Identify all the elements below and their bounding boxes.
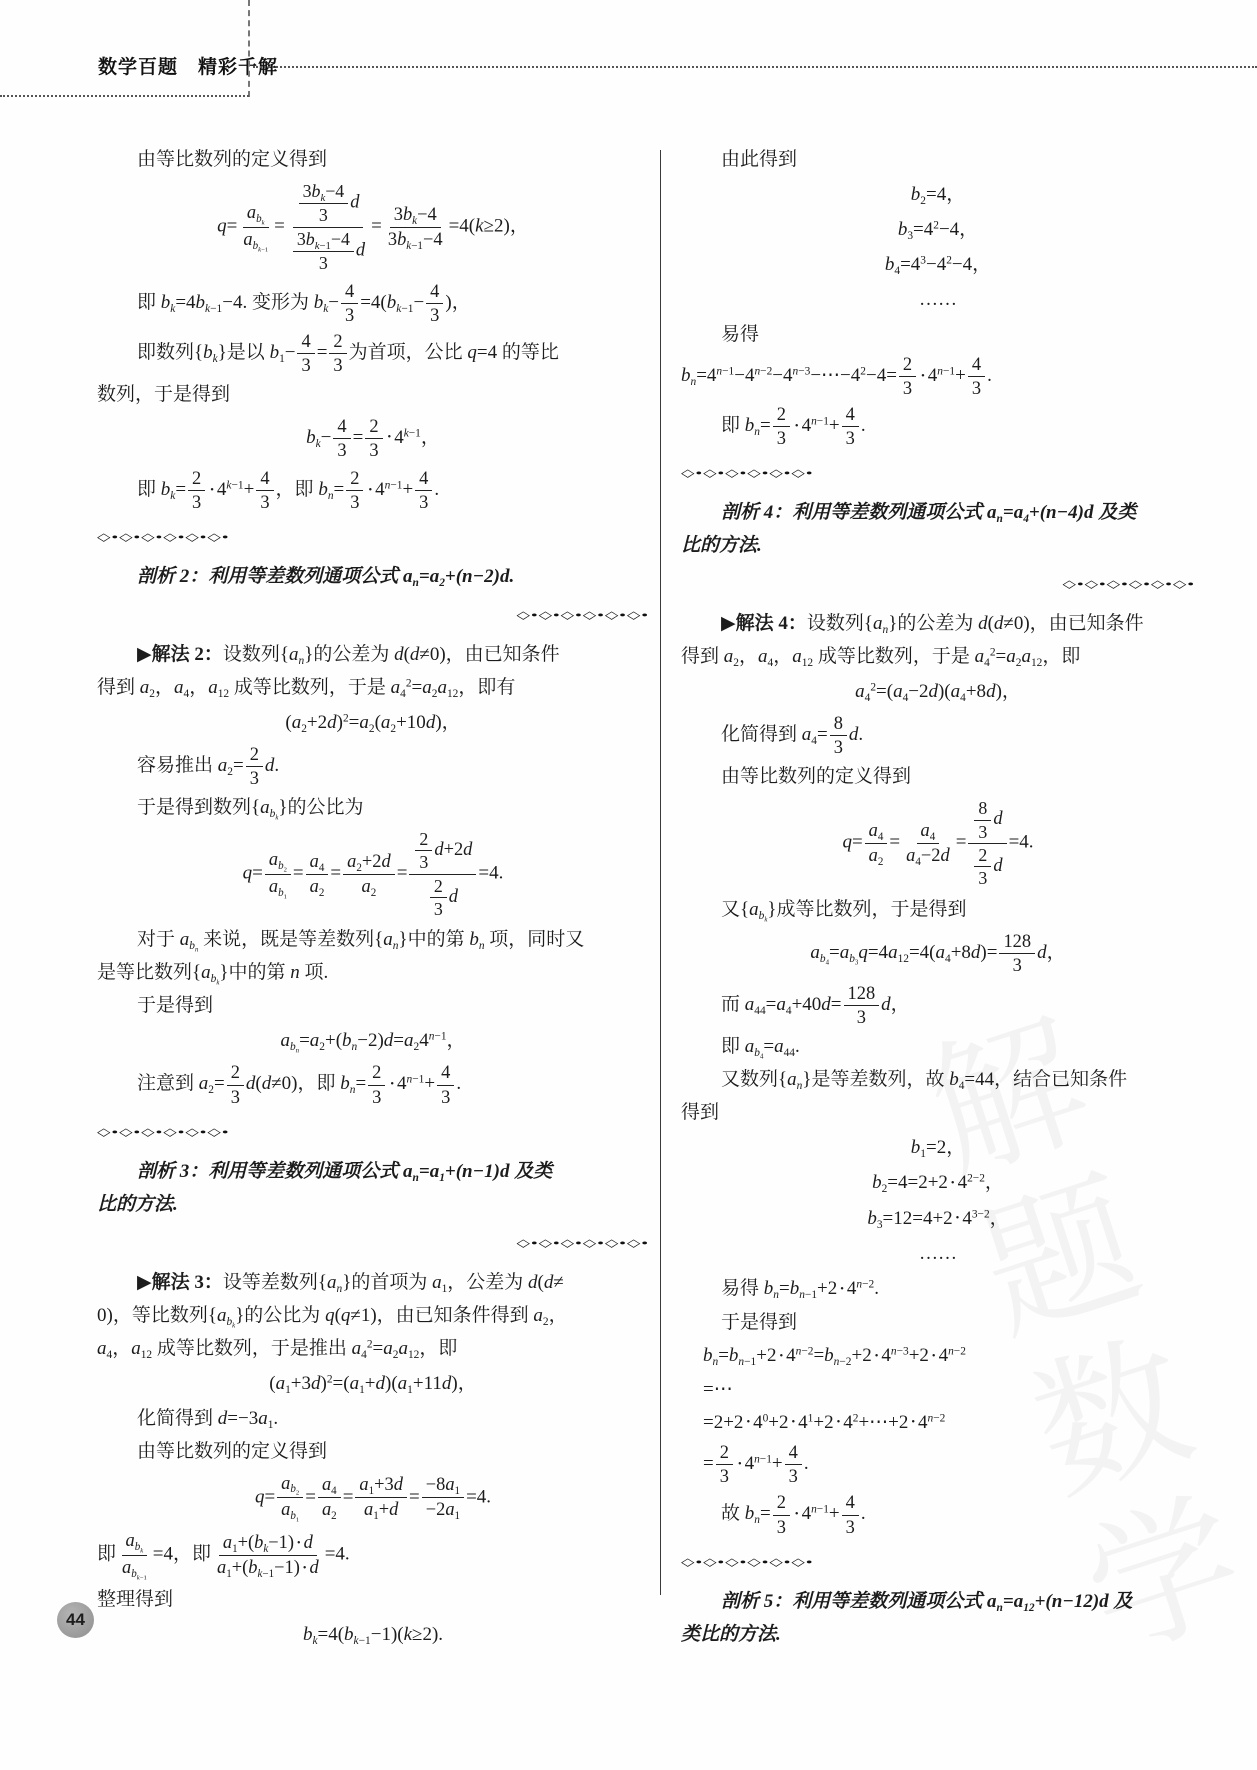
diamond-dot-pattern: ◇•◇•◇•◇•◇•◇•: [516, 604, 649, 627]
math-display-line: q=a4a2=a4a4−2d=83d23d=4.: [681, 797, 1195, 889]
header-dotted-rule-left: [0, 95, 249, 97]
text-line: =⋯: [681, 1375, 1195, 1405]
text-line: 而 a44=a4+40d=1283d，: [681, 982, 1195, 1029]
text-line: 得到: [681, 1098, 1195, 1128]
page-header-title: 数学百题 精彩千解: [98, 52, 278, 79]
analysis-line: 比的方法.: [97, 1190, 649, 1220]
math-display-line: ……: [681, 1239, 1195, 1269]
text-line: 即 bk=4bk−1−4. 变形为 bk−43=4(bk−1−43)，: [97, 280, 649, 327]
text-line: 对于 abn 来说，既是等差数列{an}中的第 bn 项，同时又: [97, 925, 649, 955]
separator-ornament: ◇•◇•◇•◇•◇•◇•: [97, 523, 649, 553]
separator-ornament: ◇•◇•◇•◇•◇•◇•: [681, 459, 1195, 489]
text-line: 是等比数列{abk}中的第 n 项.: [97, 958, 649, 988]
column-divider-rule: [660, 150, 661, 1595]
text-line: 即 bk=23•4k−1+43，即 bn=23•4n−1+43.: [97, 467, 649, 514]
diamond-dot-pattern: ◇•◇•◇•◇•◇•◇•: [681, 462, 814, 485]
text-line: 整理得到: [97, 1585, 649, 1615]
text-line: =2+2•40+2•41+2•42+⋯+2•4n−2: [681, 1408, 1195, 1439]
text-line: 化简得到 d=−3a1.: [97, 1404, 649, 1434]
text-line: ▶解法 2：设数列{an}的公差为 d(d≠0)，由已知条件: [97, 640, 649, 670]
analysis-line: 剖析 3：利用等差数列通项公式 an=a1+(n−1)d 及类: [97, 1157, 649, 1187]
text-line: ▶解法 3：设等差数列{an}的首项为 a1，公差为 d(d≠: [97, 1268, 649, 1298]
analysis-line: 比的方法.: [681, 531, 1195, 561]
math-display-line: abn=a2+(bn−2)d=a24n−1，: [97, 1026, 649, 1056]
analysis-line: 剖析 4：利用等差数列通项公式 an=a4+(n−4)d 及类: [681, 498, 1195, 528]
text-line: ▶解法 4：设数列{an}的公差为 d(d≠0)，由已知条件: [681, 609, 1195, 639]
math-display-line: ab4=ab3q=4a12=4(a4+8d)=1283d，: [681, 930, 1195, 977]
separator-ornament: ◇•◇•◇•◇•◇•◇•: [97, 1229, 649, 1259]
math-display-line: b3=42−4，: [681, 215, 1195, 245]
text-line: 由等比数列的定义得到: [681, 762, 1195, 792]
math-display-line: q=ab2ab1=a4a2=a1+3da1+d=−8a1−2a1=4.: [97, 1472, 649, 1525]
diamond-dot-pattern: ◇•◇•◇•◇•◇•◇•: [516, 1232, 649, 1255]
text-line: 0)，等比数列{abk}的公比为 q(q≠1)，由已知条件得到 a2，: [97, 1301, 649, 1331]
analysis-line: 剖析 2：利用等差数列通项公式 an=a2+(n−2)d.: [97, 562, 649, 592]
text-line: 由此得到: [681, 145, 1195, 175]
text-line: 故 bn=23•4n−1+43.: [681, 1491, 1195, 1538]
text-line: 易得: [681, 320, 1195, 350]
text-line: =23•4n−1+43.: [681, 1441, 1195, 1488]
math-display-line: b4=43−42−4，: [681, 250, 1195, 280]
text-line: 由等比数列的定义得到: [97, 1437, 649, 1467]
separator-ornament: ◇•◇•◇•◇•◇•◇•: [97, 1118, 649, 1148]
text-line: 易得 bn=bn−1+2•4n−2.: [681, 1274, 1195, 1305]
text-line: 注意到 a2=23d(d≠0)，即 bn=23•4n−1+43.: [97, 1061, 649, 1108]
math-display-line: q=ab2ab1=a4a2=a2+2da2=23d+2d23d=4.: [97, 828, 649, 920]
page-number-badge: 44: [57, 1602, 94, 1638]
left-column: 由等比数列的定义得到q=abkabk−1=3bk−43d3bk−1−43d=3b…: [97, 142, 649, 1655]
math-display-line: a42=(a4−2d)(a4+8d)，: [681, 677, 1195, 707]
text-line: 即 ab4=a44.: [681, 1032, 1195, 1062]
text-line: 又{abk}成等比数列，于是得到: [681, 895, 1195, 925]
text-line: 即 bn=23•4n−1+43.: [681, 403, 1195, 450]
text-line: 化简得到 a4=83d.: [681, 712, 1195, 759]
text-line: 数列，于是得到: [97, 380, 649, 410]
text-line: a4，a12 成等比数列，于是推出 a42=a2a12，即: [97, 1334, 649, 1364]
text-line: 又数列{an}是等差数列，故 b4=44，结合已知条件: [681, 1065, 1195, 1095]
text-line: 即数列{bk}是以 b1−43=23为首项，公比 q=4 的等比: [97, 330, 649, 377]
math-display-line: bk−43=23•4k−1，: [97, 415, 649, 462]
text-line: 于是得到: [681, 1308, 1195, 1338]
diamond-dot-pattern: ◇•◇•◇•◇•◇•◇•: [97, 1121, 230, 1144]
right-column: 由此得到b2=4，b3=42−4，b4=43−42−4，……易得bn=4n−1−…: [681, 142, 1195, 1653]
math-display-line: bk=4(bk−1−1)(k≥2).: [97, 1620, 649, 1650]
math-display-line: b2=4，: [681, 180, 1195, 210]
math-display-line: (a1+3d)2=(a1+d)(a1+11d)，: [97, 1369, 649, 1399]
header-dotted-rule-right: [253, 66, 1257, 68]
text-line: 由等比数列的定义得到: [97, 145, 649, 175]
text-line: 容易推出 a2=23d.: [97, 743, 649, 790]
math-display-line: ……: [681, 285, 1195, 315]
math-display-line: q=abkabk−1=3bk−43d3bk−1−43d=3bk−43bk−1−4…: [97, 180, 649, 275]
math-display-line: (a2+2d)2=a2(a2+10d)，: [97, 708, 649, 738]
diamond-dot-pattern: ◇•◇•◇•◇•◇•◇•: [97, 526, 230, 549]
separator-ornament: ◇•◇•◇•◇•◇•◇•: [97, 601, 649, 631]
separator-ornament: ◇•◇•◇•◇•◇•◇•: [681, 1548, 1195, 1578]
analysis-line: 剖析 5：利用等差数列通项公式 an=a12+(n−12)d 及: [681, 1587, 1195, 1617]
math-display-line: b3=12=4+2•43−2，: [681, 1204, 1195, 1235]
diamond-dot-pattern: ◇•◇•◇•◇•◇•◇•: [1062, 573, 1195, 596]
separator-ornament: ◇•◇•◇•◇•◇•◇•: [681, 570, 1195, 600]
text-line: 于是得到数列{abk}的公比为: [97, 793, 649, 823]
header-dashed-vertical-rule: [248, 0, 250, 97]
text-line: 得到 a2，a4，a12 成等比数列，于是 a42=a2a12，即有: [97, 673, 649, 703]
text-line: bn=4n−1−4n−2−4n−3−⋯−42−4=23•4n−1+43.: [681, 353, 1195, 400]
text-line: 即abkabk−1=4，即a1+(bk−1)•da1+(bk−1−1)•d=4.: [97, 1529, 649, 1582]
text-line: bn=bn−1+2•4n−2=bn−2+2•4n−3+2•4n−2: [681, 1341, 1195, 1372]
text-line: 于是得到: [97, 991, 649, 1021]
analysis-line: 类比的方法.: [681, 1620, 1195, 1650]
diamond-dot-pattern: ◇•◇•◇•◇•◇•◇•: [681, 1551, 814, 1574]
math-display-line: b1=2，: [681, 1133, 1195, 1163]
math-display-line: b2=4=2+2•42−2，: [681, 1168, 1195, 1199]
text-line: 得到 a2，a4，a12 成等比数列，于是 a42=a2a12，即: [681, 642, 1195, 672]
